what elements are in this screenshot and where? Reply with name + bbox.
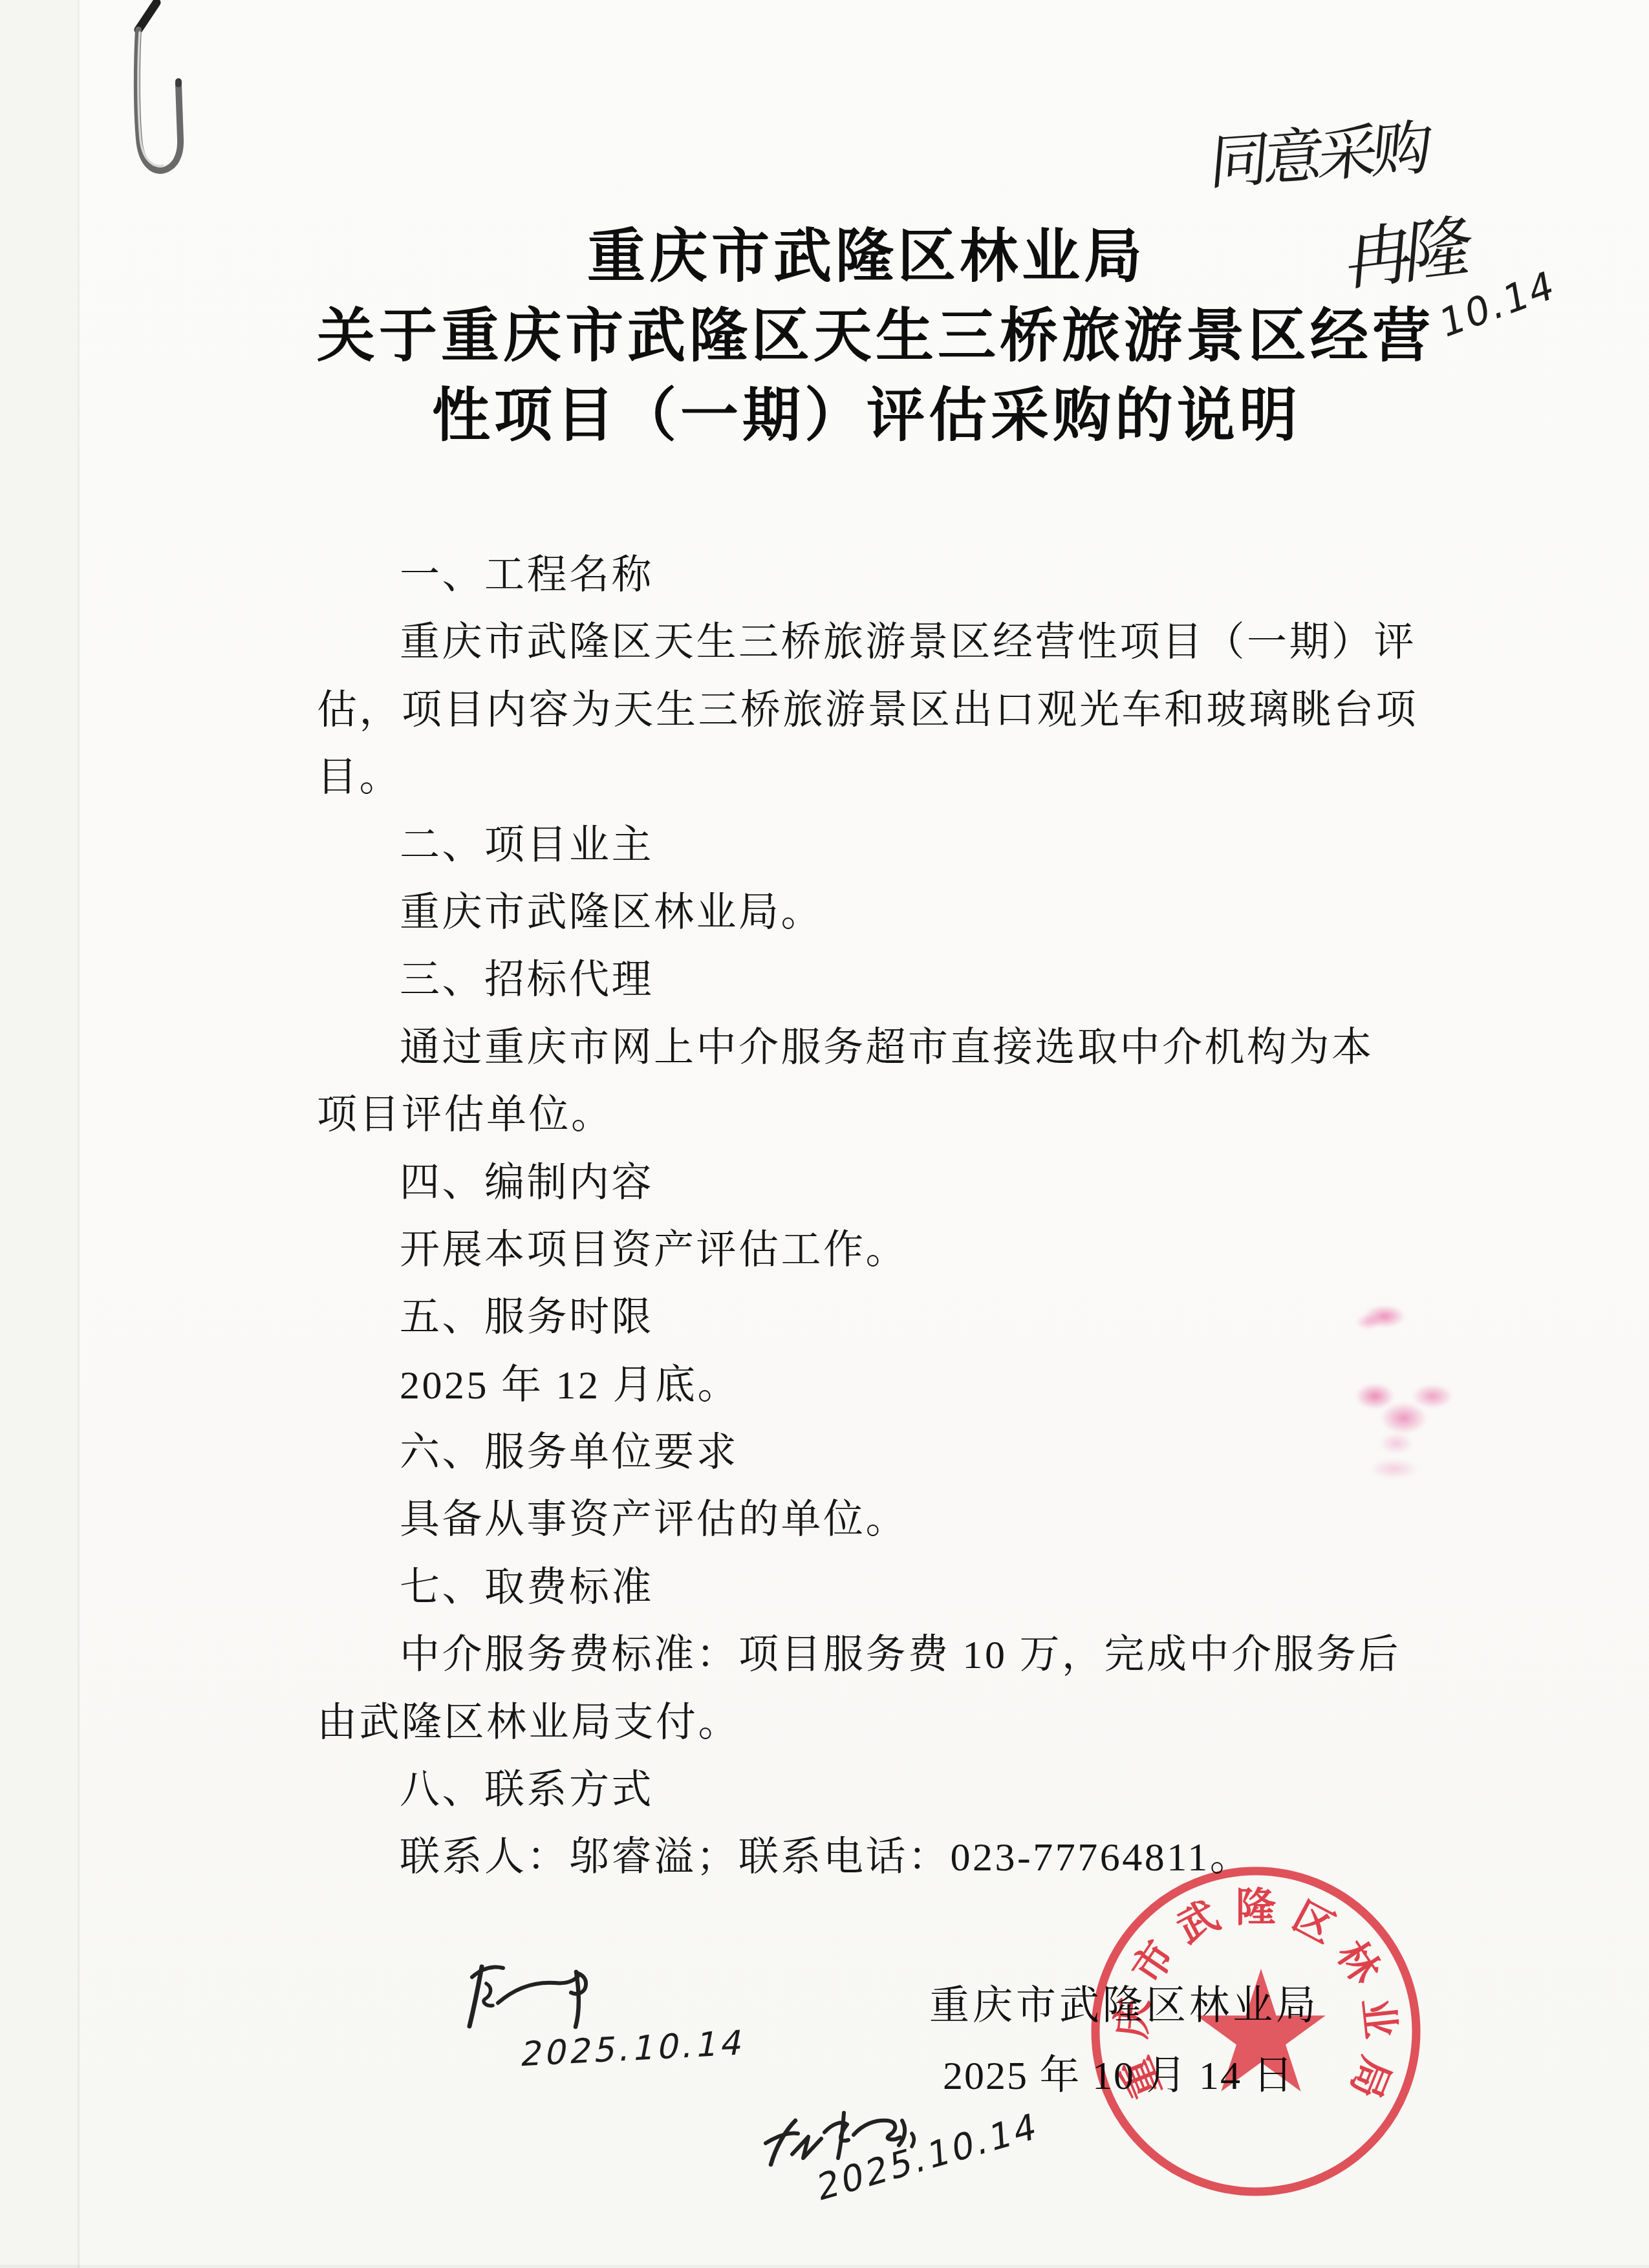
body-line: 中介服务费标准：项目服务费 10 万，完成中介服务后 xyxy=(317,1621,1455,1689)
body-line: 四、编制内容 xyxy=(317,1150,1455,1217)
seal-char: 市 xyxy=(1125,1934,1183,1991)
seal-group: 重 庆 市 武 隆 区 林 业 局 xyxy=(1095,1871,1416,2192)
pink-ink-smudge xyxy=(1357,1453,1431,1484)
document-title: 重庆市武隆区林业局 关于重庆市武隆区天生三桥旅游景区经营 性项目（一期）评估采购… xyxy=(317,217,1416,456)
document-body: 一、工程名称 重庆市武隆区天生三桥旅游景区经营性项目（一期）评 估，项目内容为天… xyxy=(317,542,1455,1892)
title-line-3: 性项目（一期）评估采购的说明 xyxy=(317,376,1416,456)
paperclip xyxy=(110,0,207,194)
seal-char: 林 xyxy=(1328,1934,1388,1992)
body-line: 2025 年 12 月底。 xyxy=(317,1352,1455,1419)
handwritten-signature-left xyxy=(453,1946,601,2043)
body-line: 五、服务时限 xyxy=(317,1284,1455,1351)
paper-left-edge xyxy=(78,0,80,2268)
body-line: 八、联系方式 xyxy=(317,1757,1455,1824)
body-line: 项目评估单位。 xyxy=(317,1082,1455,1149)
seal-char: 隆 xyxy=(1236,1886,1276,1931)
pink-ink-smudge xyxy=(1349,1300,1414,1337)
official-seal: 重 庆 市 武 隆 区 林 业 局 xyxy=(1075,1850,1437,2212)
body-line: 开展本项目资产评估工作。 xyxy=(317,1217,1455,1284)
seal-char: 重 xyxy=(1114,2051,1170,2104)
body-line: 重庆市武隆区林业局。 xyxy=(317,879,1455,947)
scan-bed-strip xyxy=(0,0,78,2268)
body-line: 三、招标代理 xyxy=(317,947,1455,1014)
body-line: 具备从事资产评估的单位。 xyxy=(317,1486,1455,1554)
body-line: 通过重庆市网上中介服务超市直接选取中介机构为本 xyxy=(317,1014,1455,1082)
body-line: 由武隆区林业局支付。 xyxy=(317,1689,1455,1757)
seal-char: 武 xyxy=(1170,1894,1226,1952)
body-line: 重庆市武隆区天生三桥旅游景区经营性项目（一期）评 xyxy=(317,609,1455,676)
seal-char: 局 xyxy=(1342,2051,1397,2104)
seal-char: 业 xyxy=(1354,1996,1402,2041)
seal-char: 庆 xyxy=(1109,1996,1158,2041)
body-line: 目。 xyxy=(317,744,1455,811)
body-line: 二、项目业主 xyxy=(317,812,1455,879)
body-line: 六、服务单位要求 xyxy=(317,1419,1455,1486)
seal-star-icon xyxy=(1196,1969,1326,2091)
body-line: 七、取费标准 xyxy=(317,1554,1455,1621)
title-line-1: 重庆市武隆区林业局 xyxy=(317,217,1416,297)
body-line: 一、工程名称 xyxy=(317,542,1455,609)
scanned-document-page: { "page": {"width": 2550, "height": 3508… xyxy=(0,0,1649,2268)
body-line: 估，项目内容为天生三桥旅游景区出口观光车和玻璃眺台项 xyxy=(317,677,1455,744)
title-line-2: 关于重庆市武隆区天生三桥旅游景区经营 xyxy=(317,297,1416,376)
approval-note-text: 同意采购 xyxy=(1207,100,1431,202)
paper-bottom-edge xyxy=(0,2265,1649,2268)
seal-char: 区 xyxy=(1286,1894,1342,1952)
pink-ink-smudge xyxy=(1345,1369,1452,1453)
